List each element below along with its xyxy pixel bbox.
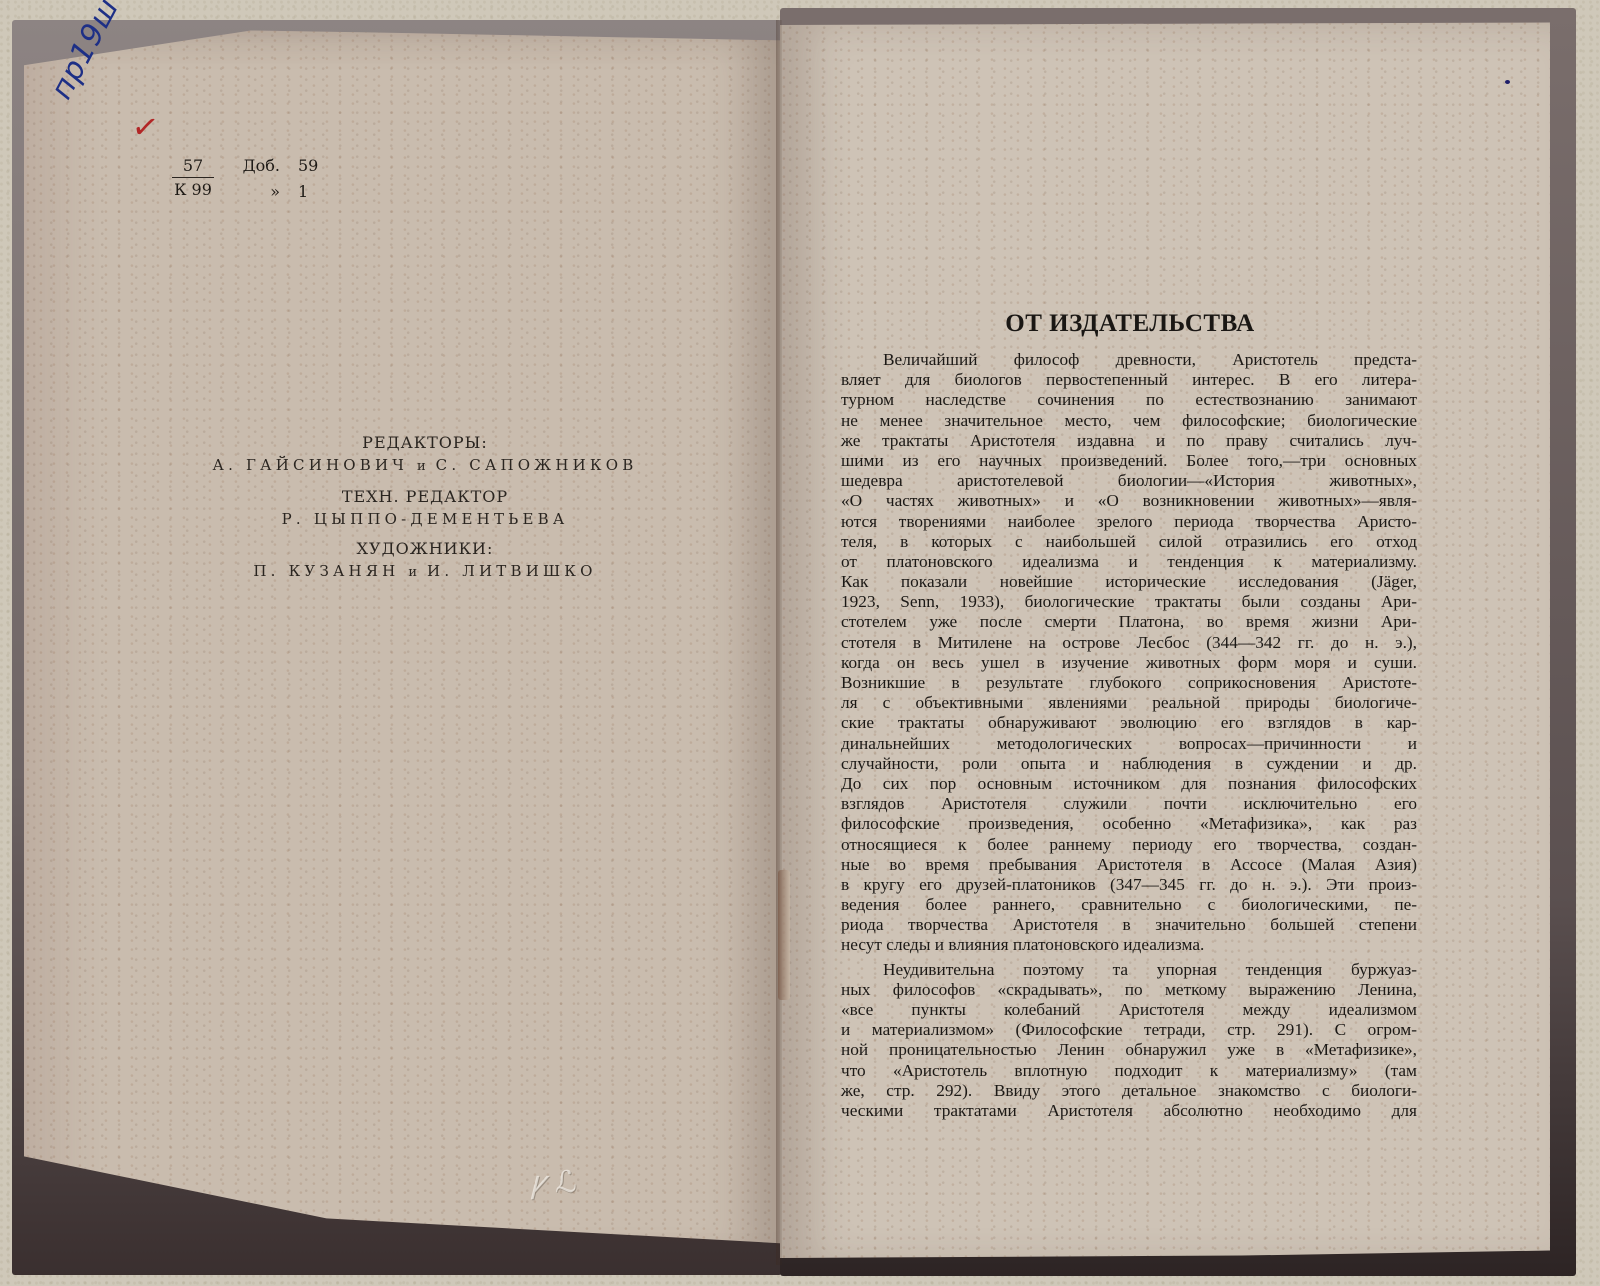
text-line: ля с объективными явлениями реальной при…: [841, 693, 1417, 713]
additional-row: » 1: [234, 184, 318, 200]
page-tear: [778, 870, 790, 1000]
text-line: же трактаты Аристотеля издавна и по прав…: [841, 431, 1417, 451]
additional-copies: Доб. 59 » 1: [234, 158, 318, 210]
embossed-stamp: ꝩ ℒ: [530, 1160, 577, 1201]
text-line: случайности, роли опыта и наблюдения в с…: [841, 754, 1417, 774]
text-line: ские трактаты обнаруживают эволюцию его …: [841, 713, 1417, 733]
credit-name: А. ГАЙСИНОВИЧ: [213, 456, 409, 474]
book-gutter: [776, 20, 782, 1265]
body-text: Величайший философ древности, Аристотель…: [841, 350, 1417, 1121]
text-line: Как показали новейшие исторические иссле…: [841, 572, 1417, 592]
left-page: [24, 28, 780, 1268]
additional-value: 1: [298, 184, 308, 200]
classification-fraction: 57 К 99: [172, 158, 214, 198]
fraction-top: 57: [172, 158, 214, 177]
text-line: ведения более раннего, сравнительно с би…: [841, 895, 1417, 915]
additional-value: 59: [298, 158, 318, 174]
credit-name: С. САПОЖНИКОВ: [436, 456, 638, 474]
text-line: турном наследстве сочинения по естествоз…: [841, 390, 1417, 410]
credit-name: Р. ЦЫППО-ДЕМЕНТЬЕВА: [282, 510, 569, 528]
text-line: ной проницательностью Ленин обнаружил уж…: [841, 1040, 1417, 1060]
credit-role-editors: РЕДАКТОРЫ:: [160, 432, 690, 454]
section-title: ОТ ИЗДАТЕЛЬСТВА: [820, 310, 1440, 338]
text-line: теля, в которых с наибольшей силой отраз…: [841, 532, 1417, 552]
credit-role-tech-editor: ТЕХН. РЕДАКТОР: [160, 486, 690, 508]
text-line: стотелем уже после смерти Платона, во вр…: [841, 612, 1417, 632]
text-line: что «Аристотель вплотную подходит к мате…: [841, 1061, 1417, 1081]
additional-label: Доб.: [234, 158, 280, 174]
text-line: шедевра аристотелевой биологии—«История …: [841, 471, 1417, 491]
text-line: от платоновского идеализма и тенденция к…: [841, 552, 1417, 572]
credit-name: И. ЛИТВИШКО: [427, 562, 597, 580]
text-line: 1923, Senn, 1933), биологические трактат…: [841, 592, 1417, 612]
text-line: «О частях животных» и «О возникновении ж…: [841, 491, 1417, 511]
credits-block: РЕДАКТОРЫ: А. ГАЙСИНОВИЧ и С. САПОЖНИКОВ…: [160, 432, 690, 592]
text-line: ных философов «скрадывать», по меткому в…: [841, 980, 1417, 1000]
text-line: вляет для биологов первостепенный интере…: [841, 370, 1417, 390]
credit-conjunction: и: [408, 565, 418, 580]
check-mark-icon: ✓: [129, 106, 161, 147]
text-line: стотеля в Митилене на острове Лесбос (34…: [841, 633, 1417, 653]
credit-names-editors: А. ГАЙСИНОВИЧ и С. САПОЖНИКОВ: [160, 454, 690, 478]
paragraph: Неудивительна поэтому та упорная тенденц…: [841, 960, 1417, 1122]
paragraph: Величайший философ древности, Аристотель…: [841, 350, 1417, 956]
text-line: несут следы и влияния платоновского идеа…: [841, 935, 1417, 955]
text-line: «все пункты колебаний Аристотеля между и…: [841, 1000, 1417, 1020]
text-line: динальнейших методологических вопросах—п…: [841, 734, 1417, 754]
text-line: риода творчества Аристотеля в значительн…: [841, 915, 1417, 935]
text-line: же, стр. 292). Ввиду этого детальное зна…: [841, 1081, 1417, 1101]
fraction-bar: [172, 177, 214, 178]
additional-row: Доб. 59: [234, 158, 318, 174]
text-line: и материализмом» (Философские тетради, с…: [841, 1020, 1417, 1040]
text-line: взглядов Аристотеля служили почти исключ…: [841, 794, 1417, 814]
text-line: ются творениями наиболее зрелого периода…: [841, 512, 1417, 532]
text-line: ные во время пребывания Аристотеля в Асс…: [841, 855, 1417, 875]
credit-role-artists: ХУДОЖНИКИ:: [160, 538, 690, 560]
additional-label: »: [234, 184, 280, 200]
text-line: Величайший философ древности, Аристотель…: [841, 350, 1417, 370]
credit-names-tech-editor: Р. ЦЫППО-ДЕМЕНТЬЕВА: [160, 508, 690, 530]
text-line: в кругу его друзей-платоников (347—345 г…: [841, 875, 1417, 895]
text-line: До сих пор основным источником для позна…: [841, 774, 1417, 794]
text-line: Возникшие в результате глубокого соприко…: [841, 673, 1417, 693]
text-line: шими из его научных произведений. Более …: [841, 451, 1417, 471]
credit-conjunction: и: [417, 459, 427, 474]
text-line: философские произведения, особенно «Мета…: [841, 814, 1417, 834]
fraction-bottom: К 99: [172, 182, 214, 198]
text-line: не менее значительное место, чем философ…: [841, 411, 1417, 431]
text-line: Неудивительна поэтому та упорная тенденц…: [841, 960, 1417, 980]
text-line: относящиеся к более раннему периоду его …: [841, 835, 1417, 855]
credit-names-artists: П. КУЗАНЯН и И. ЛИТВИШКО: [160, 560, 690, 584]
text-line: когда он весь ушел в изучение животных ф…: [841, 653, 1417, 673]
text-line: ческими трактатами Аристотеля абсолютно …: [841, 1101, 1417, 1121]
ink-dot: [1505, 80, 1510, 84]
credit-name: П. КУЗАНЯН: [253, 562, 399, 580]
